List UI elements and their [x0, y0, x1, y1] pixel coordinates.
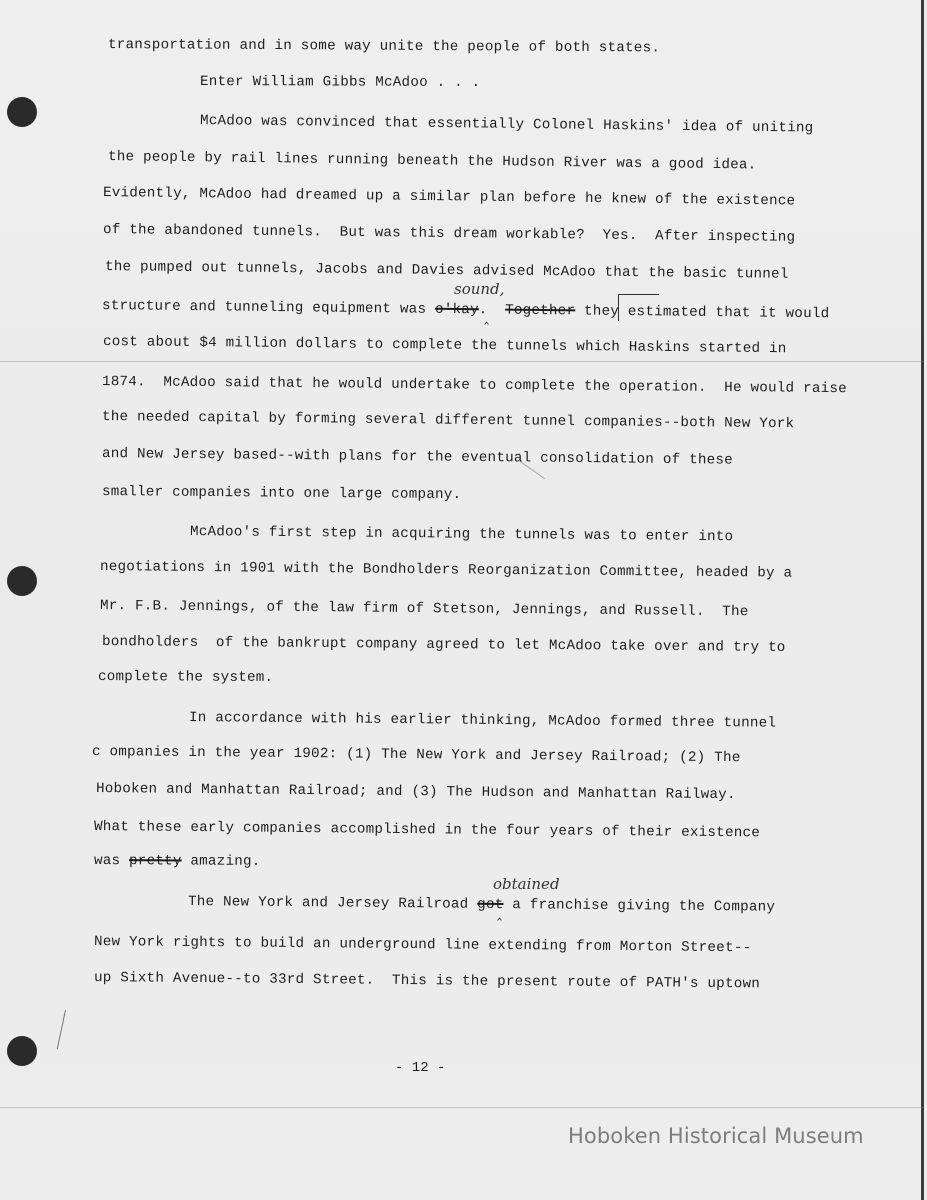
insertion-caret: ‸	[484, 307, 489, 325]
page-number: - 12 -	[395, 1060, 445, 1076]
text-line: Enter William Gibbs McAdoo . . .	[200, 73, 481, 92]
text-line: McAdoo was convinced that essentially Co…	[200, 112, 814, 137]
struck-text: Together	[505, 303, 575, 320]
text-line: 1874. McAdoo said that he would undertak…	[102, 373, 847, 398]
text-line: c ompanies in the year 1902: (1) The New…	[92, 743, 741, 767]
text-line: complete the system.	[98, 668, 273, 687]
text-segment: structure and tunneling equipment was	[102, 298, 435, 318]
text-line: Hoboken and Manhattan Railroad; and (3) …	[96, 780, 736, 804]
text-line: McAdoo's first step in acquiring the tun…	[190, 523, 734, 546]
handwritten-correction: obtained	[493, 875, 560, 893]
text-line: transportation and in some way unite the…	[108, 36, 660, 57]
text-line: smaller companies into one large company…	[102, 483, 461, 504]
punch-hole-middle	[7, 566, 37, 596]
text-segment: The New York and Jersey Railroad	[188, 894, 477, 913]
text-line: In accordance with his earlier thinking,…	[189, 709, 776, 733]
text-segment: was	[94, 853, 129, 869]
text-line: the people by rail lines running beneath…	[108, 148, 757, 174]
text-line: was pretty amazing.	[94, 852, 261, 871]
document-page: transportation and in some way unite the…	[0, 0, 924, 1200]
text-line: What these early companies accomplished …	[94, 818, 760, 842]
insertion-caret: ‸	[497, 903, 502, 921]
text-line: the needed capital by forming several di…	[102, 408, 795, 433]
handwritten-correction: sound,	[454, 280, 504, 298]
text-line: bondholders of the bankrupt company agre…	[102, 633, 786, 657]
text-line: Mr. F.B. Jennings, of the law firm of St…	[100, 597, 749, 621]
text-line: of the abandoned tunnels. But was this d…	[103, 221, 796, 247]
text-line: New York rights to build an underground …	[94, 933, 751, 957]
scan-edge	[921, 0, 924, 1200]
pencil-stroke	[57, 1010, 66, 1049]
watermark: Hoboken Historical Museum	[568, 1124, 864, 1148]
fold-line	[0, 1107, 924, 1108]
text-segment: a franchise giving the Company	[503, 897, 775, 916]
struck-text: pretty	[129, 853, 182, 869]
text-line: up Sixth Avenue--to 33rd Street. This is…	[94, 969, 760, 993]
text-segment: amazing.	[182, 853, 261, 869]
struck-text: o'kay	[435, 302, 479, 318]
text-line: and New Jersey based--with plans for the…	[102, 445, 733, 470]
punch-hole-top	[7, 97, 37, 127]
text-line: the pumped out tunnels, Jacobs and Davie…	[105, 258, 789, 284]
punch-hole-bottom	[7, 1036, 37, 1066]
fold-line	[0, 361, 924, 362]
text-line: cost about $4 million dollars to complet…	[103, 333, 787, 358]
text-line: negotiations in 1901 with the Bondholder…	[100, 558, 793, 583]
capitalization-mark	[618, 294, 659, 321]
text-line: The New York and Jersey Railroad got a f…	[188, 893, 775, 917]
text-line: Evidently, McAdoo had dreamed up a simil…	[103, 184, 796, 210]
text-line: structure and tunneling equipment was o'…	[102, 297, 830, 323]
text-segment: they estimated that it would	[575, 303, 829, 322]
text-segment: .	[479, 302, 505, 318]
